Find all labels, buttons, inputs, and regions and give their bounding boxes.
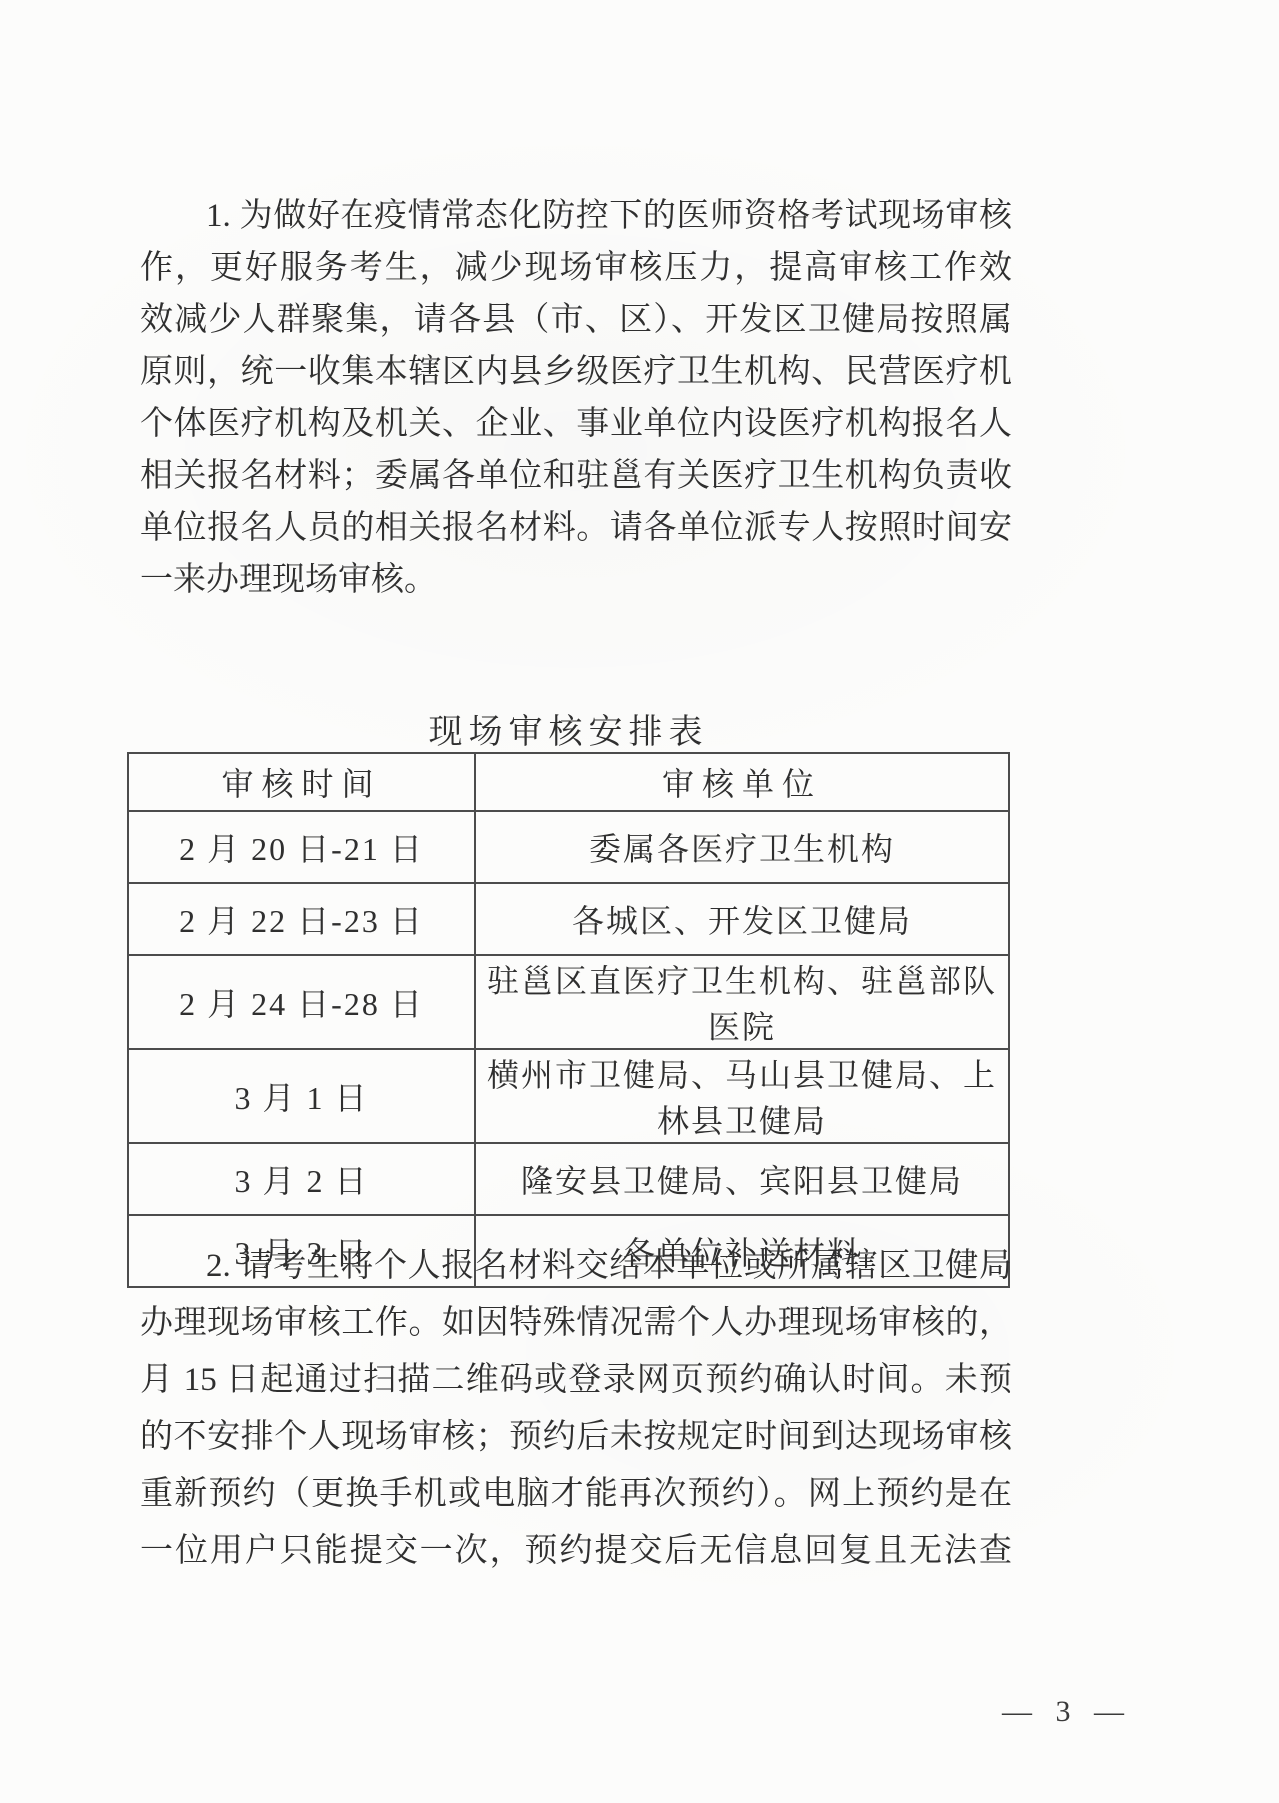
review-time-cell: 2 月 22 日-23 日 <box>128 883 475 955</box>
text-line: 一位用户只能提交一次，预约提交后无信息回复且无法查询，请 <box>140 1523 1012 1580</box>
schedule-table: 审核时间 审核单位 2 月 20 日-21 日委属各医疗卫生机构2 月 22 日… <box>127 752 1010 1288</box>
text-line: 相关报名材料；委属各单位和驻邕有关医疗卫生机构负责收集本 <box>140 450 1012 502</box>
text-line: 作，更好服务考生，减少现场审核压力，提高审核工作效率，有 <box>140 242 1012 294</box>
header-review-time: 审核时间 <box>128 753 475 811</box>
review-time-cell: 2 月 20 日-21 日 <box>128 811 475 883</box>
document-page: { "paragraph1": { "lines": [ "1. 为做好在疫情常… <box>0 0 1279 1803</box>
text-line: 单位报名人员的相关报名材料。请各单位派专人按照时间安排统 <box>140 502 1012 554</box>
text-line: 月 15 日起通过扫描二维码或登录网页预约确认时间。未预约时间 <box>140 1352 1012 1409</box>
review-unit-cell: 横州市卫健局、马山县卫健局、上林县卫健局 <box>475 1049 1009 1143</box>
review-time-cell: 3 月 1 日 <box>128 1049 475 1143</box>
text-line: 原则，统一收集本辖区内县乡级医疗卫生机构、民营医疗机构、 <box>140 346 1012 398</box>
text-line: 重新预约（更换手机或电脑才能再次预约）。网上预约是在线填报， <box>140 1466 1012 1523</box>
paragraph-1: 1. 为做好在疫情常态化防控下的医师资格考试现场审核工作，更好服务考生，减少现场… <box>140 190 1012 606</box>
review-unit-cell: 各城区、开发区卫健局 <box>475 883 1009 955</box>
header-review-unit: 审核单位 <box>475 753 1009 811</box>
text-line: 办理现场审核工作。如因特殊情况需个人办理现场审核的，请在 2 <box>140 1295 1012 1352</box>
review-unit-cell: 隆安县卫健局、宾阳县卫健局 <box>475 1143 1009 1215</box>
schedule-row: 2 月 24 日-28 日驻邕区直医疗卫生机构、驻邕部队医院 <box>128 955 1009 1049</box>
header-row: 审核时间 审核单位 <box>128 753 1009 811</box>
schedule-row: 2 月 22 日-23 日各城区、开发区卫健局 <box>128 883 1009 955</box>
schedule-row: 3 月 1 日横州市卫健局、马山县卫健局、上林县卫健局 <box>128 1049 1009 1143</box>
schedule-row: 2 月 20 日-21 日委属各医疗卫生机构 <box>128 811 1009 883</box>
paragraph-2: 2. 请考生将个人报名材料交给本单位或所属辖区卫健局统一办理现场审核工作。如因特… <box>140 1238 1012 1580</box>
page-number: — 3 — <box>1002 1695 1132 1729</box>
schedule-table-body: 2 月 20 日-21 日委属各医疗卫生机构2 月 22 日-23 日各城区、开… <box>128 811 1009 1287</box>
text-line: 效减少人群聚集，请各县（市、区）、开发区卫健局按照属地管理 <box>140 294 1012 346</box>
review-time-cell: 2 月 24 日-28 日 <box>128 955 475 1049</box>
review-time-cell: 3 月 2 日 <box>128 1143 475 1215</box>
text-line: 的不安排个人现场审核；预约后未按规定时间到达现场审核的请 <box>140 1409 1012 1466</box>
text-line: 一来办理现场审核。 <box>140 554 1012 606</box>
text-line: 2. 请考生将个人报名材料交给本单位或所属辖区卫健局统一 <box>140 1238 1012 1295</box>
text-line: 个体医疗机构及机关、企业、事业单位内设医疗机构报名人员的 <box>140 398 1012 450</box>
text-line: 1. 为做好在疫情常态化防控下的医师资格考试现场审核工 <box>140 190 1012 242</box>
schedule-table-head: 审核时间 审核单位 <box>128 753 1009 811</box>
review-unit-cell: 委属各医疗卫生机构 <box>475 811 1009 883</box>
schedule-table-title: 现场审核安排表 <box>127 704 1010 753</box>
review-unit-cell: 驻邕区直医疗卫生机构、驻邕部队医院 <box>475 955 1009 1049</box>
schedule-row: 3 月 2 日隆安县卫健局、宾阳县卫健局 <box>128 1143 1009 1215</box>
